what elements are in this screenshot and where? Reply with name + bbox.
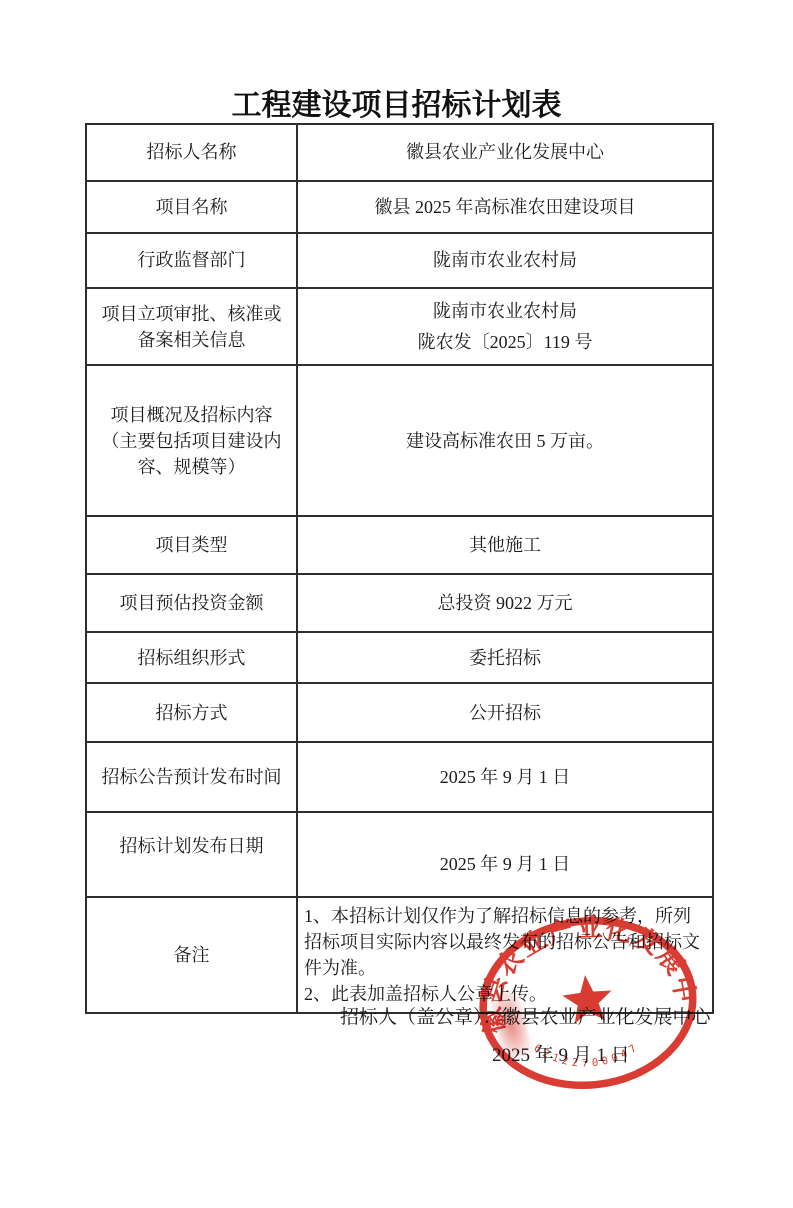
table-row: 招标计划发布日期 2025 年 9 月 1 日 [86,812,713,897]
remark-line: 1、本招标计划仅作为了解招标信息的参考，所列招标项目实际内容以最终发布的招标公告… [304,903,706,981]
row-value: 陇南市农业农村局 [297,233,713,288]
table-row: 项目立项审批、核准或备案相关信息 陇南市农业农村局 陇农发〔2025〕119 号 [86,288,713,365]
row-value: 建设高标准农田 5 万亩。 [297,365,713,516]
row-value: 陇南市农业农村局 陇农发〔2025〕119 号 [297,288,713,365]
row-value: 2025 年 9 月 1 日 [297,742,713,812]
row-label: 行政监督部门 [86,233,297,288]
row-label: 招标公告预计发布时间 [86,742,297,812]
row-label: 项目概况及招标内容（主要包括项目建设内容、规模等） [86,365,297,516]
signature-line: 招标人（盖公章）：徽县农业产业化发展中心 [340,1002,711,1029]
table-row: 项目概况及招标内容（主要包括项目建设内容、规模等） 建设高标准农田 5 万亩。 [86,365,713,516]
table-row: 招标公告预计发布时间 2025 年 9 月 1 日 [86,742,713,812]
row-value: 2025 年 9 月 1 日 [297,812,713,897]
row-value: 委托招标 [297,632,713,683]
row-label: 项目立项审批、核准或备案相关信息 [86,288,297,365]
row-value: 公开招标 [297,683,713,742]
table-row: 备注 1、本招标计划仅作为了解招标信息的参考，所列招标项目实际内容以最终发布的招… [86,897,713,1013]
row-label: 招标计划发布日期 [86,812,297,897]
row-label: 招标人名称 [86,124,297,181]
bidding-plan-table: 招标人名称 徽县农业产业化发展中心 项目名称 徽县 2025 年高标准农田建设项… [85,123,714,1014]
row-value: 徽县农业产业化发展中心 [297,124,713,181]
row-value: 1、本招标计划仅作为了解招标信息的参考，所列招标项目实际内容以最终发布的招标公告… [297,897,713,1013]
row-label: 招标方式 [86,683,297,742]
signature-date: 2025 年 9 月 1 日 [492,1040,630,1067]
table-row: 项目预估投资金额 总投资 9022 万元 [86,574,713,632]
table-row: 招标方式 公开招标 [86,683,713,742]
page-title: 工程建设项目招标计划表 [0,80,793,124]
table-row: 项目名称 徽县 2025 年高标准农田建设项目 [86,181,713,233]
table-row: 行政监督部门 陇南市农业农村局 [86,233,713,288]
table-row: 项目类型 其他施工 [86,516,713,574]
table-row: 招标组织形式 委托招标 [86,632,713,683]
row-value: 其他施工 [297,516,713,574]
value-line: 陇农发〔2025〕119 号 [304,329,706,355]
row-label: 备注 [86,897,297,1013]
row-label: 项目类型 [86,516,297,574]
table-row: 招标人名称 徽县农业产业化发展中心 [86,124,713,181]
row-value: 徽县 2025 年高标准农田建设项目 [297,181,713,233]
row-label: 项目预估投资金额 [86,574,297,632]
row-label: 项目名称 [86,181,297,233]
row-value: 总投资 9022 万元 [297,574,713,632]
row-label: 招标组织形式 [86,632,297,683]
value-line: 陇南市农业农村局 [304,298,706,324]
